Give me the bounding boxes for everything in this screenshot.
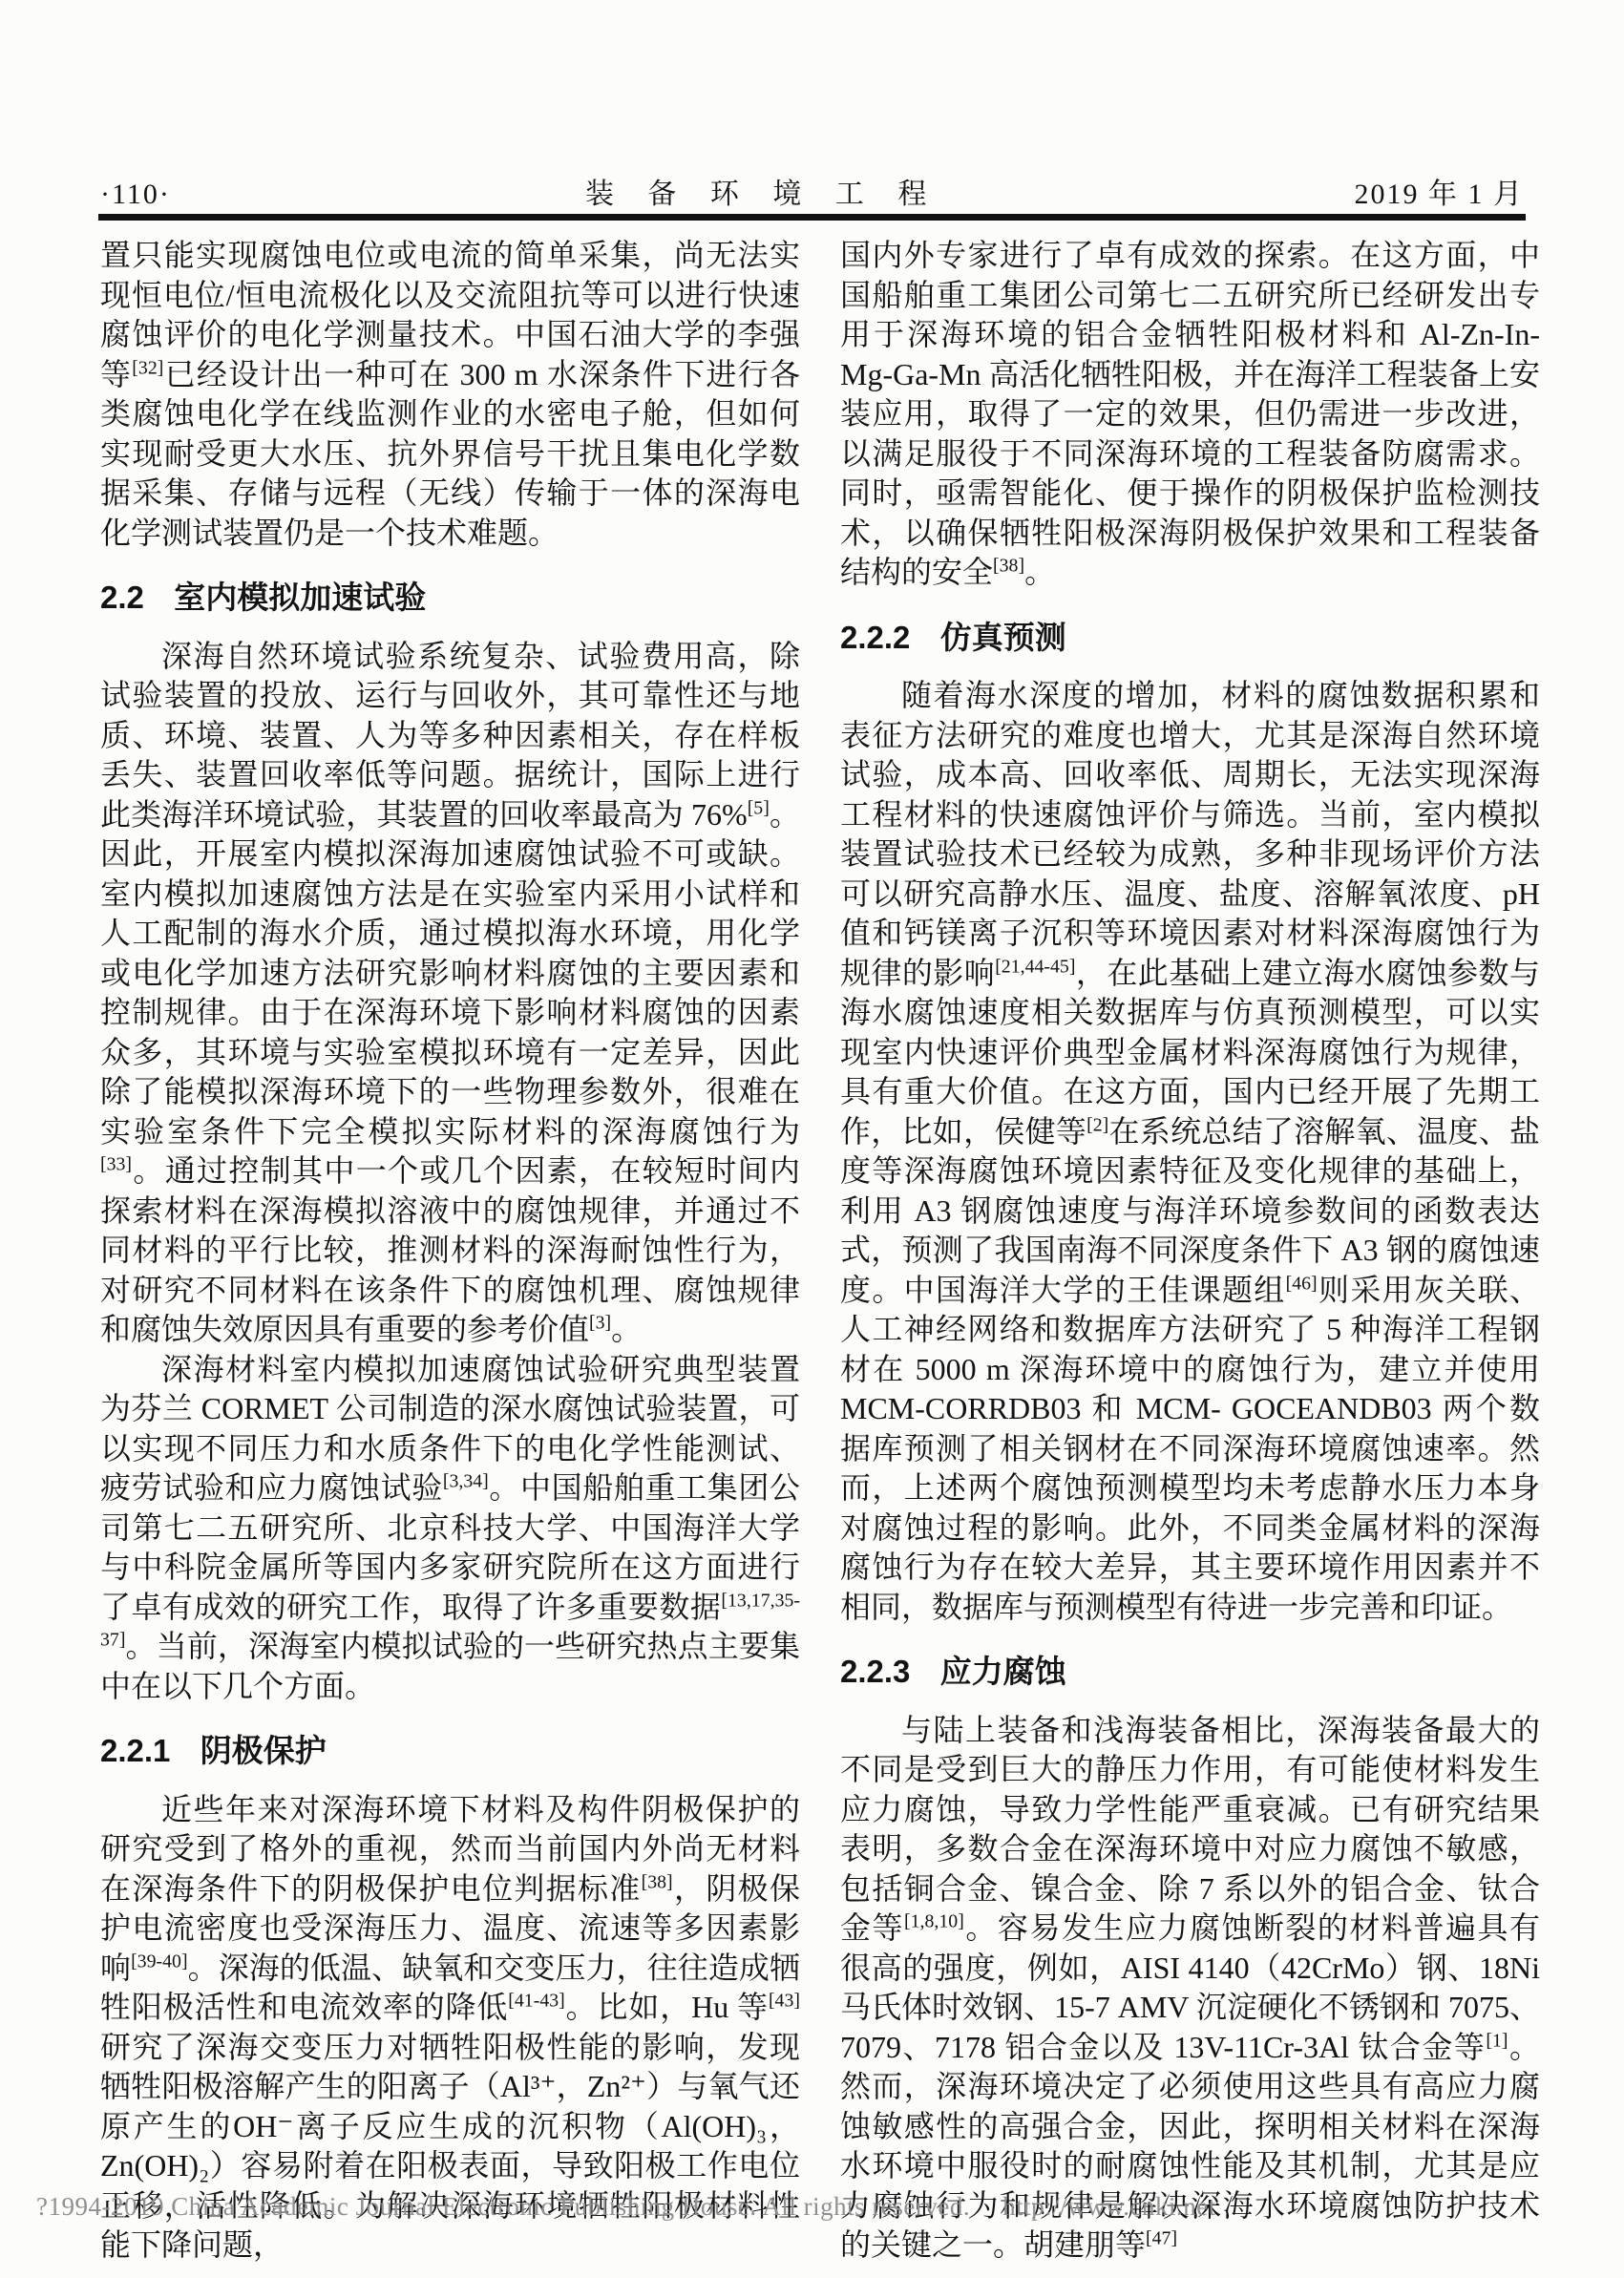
reference-superscript: [3] <box>589 1312 611 1333</box>
cnki-url: http://www.cnki.net <box>1002 2192 1216 2221</box>
footer-copyright: ?1994-2019 China Academic Journal Electr… <box>36 2192 1216 2222</box>
section-title: 室内模拟加速试验 <box>174 580 426 615</box>
paragraph: 深海材料室内模拟加速腐蚀试验研究典型装置为芬兰 CORMET 公司制造的深水腐蚀… <box>100 1350 800 1707</box>
section-heading-2.2.1: 2.2.1阴极保护 <box>100 1731 800 1771</box>
section-title: 仿真预测 <box>940 620 1066 655</box>
section-title: 应力腐蚀 <box>940 1654 1066 1689</box>
section-number: 2.2.1 <box>100 1733 170 1768</box>
reference-superscript: [32] <box>132 357 163 378</box>
section-heading-2.2: 2.2室内模拟加速试验 <box>100 578 800 618</box>
journal-title: 装 备 环 境 工 程 <box>171 170 1355 212</box>
reference-superscript: [39-40] <box>131 1951 187 1972</box>
reference-superscript: [21,44-45] <box>995 956 1075 977</box>
reference-superscript: [2] <box>1086 1114 1108 1135</box>
reference-superscript: [43] <box>769 1990 800 2011</box>
section-title: 阴极保护 <box>200 1733 327 1768</box>
left-column: 置只能实现腐蚀电位或电流的简单采集，尚无法实现恒电位/恒电流极化以及交流阻抗等可… <box>100 236 800 2266</box>
issue-date: 2019 年 1 月 <box>1355 170 1525 212</box>
page-number: ·110· <box>100 179 171 211</box>
paragraph: 深海自然环境试验系统复杂、试验费用高，除试验装置的投放、运行与回收外，其可靠性还… <box>100 637 800 1350</box>
section-number: 2.2.2 <box>840 620 910 655</box>
paragraph: 与陆上装备和浅海装备相比，深海装备最大的不同是受到巨大的静压力作用，有可能使材料… <box>840 1711 1540 2266</box>
paragraph: 置只能实现腐蚀电位或电流的简单采集，尚无法实现恒电位/恒电流极化以及交流阻抗等可… <box>100 236 800 553</box>
section-number: 2.2.3 <box>840 1654 910 1689</box>
reference-superscript: [13,17,35-37] <box>100 1590 800 1651</box>
section-number: 2.2 <box>100 580 144 615</box>
journal-page: ·110· 装 备 环 境 工 程 2019 年 1 月 置只能实现腐蚀电位或电… <box>0 0 1624 2278</box>
reference-superscript: [33] <box>100 1153 132 1174</box>
section-heading-2.2.3: 2.2.3应力腐蚀 <box>840 1652 1540 1692</box>
reference-superscript: [1] <box>1486 2030 1508 2051</box>
reference-superscript: [5] <box>748 797 770 818</box>
reference-superscript: [41-43] <box>508 1990 564 2011</box>
section-heading-2.2.2: 2.2.2仿真预测 <box>840 618 1540 658</box>
header-rule <box>98 214 1526 221</box>
paragraph: 国内外专家进行了卓有成效的探索。在这方面，中国船舶重工集团公司第七二五研究所已经… <box>840 236 1540 593</box>
right-column: 国内外专家进行了卓有成效的探索。在这方面，中国船舶重工集团公司第七二五研究所已经… <box>840 236 1540 2266</box>
reference-superscript: [3,34] <box>443 1470 489 1491</box>
page-header: ·110· 装 备 环 境 工 程 2019 年 1 月 <box>100 170 1524 212</box>
paragraph: 随着海水深度的增加，材料的腐蚀数据积累和表征方法研究的难度也增大，尤其是深海自然… <box>840 676 1540 1627</box>
reference-superscript: [38] <box>642 1871 673 1892</box>
reference-superscript: [47] <box>1146 2227 1177 2248</box>
copyright-text: ?1994-2019 China Academic Journal Electr… <box>36 2192 970 2221</box>
reference-superscript: [38] <box>993 555 1024 576</box>
reference-superscript: [46] <box>1286 1273 1318 1294</box>
reference-superscript: [1,8,10] <box>904 1910 964 1931</box>
page-body: 置只能实现腐蚀电位或电流的简单采集，尚无法实现恒电位/恒电流极化以及交流阻抗等可… <box>100 236 1540 2266</box>
